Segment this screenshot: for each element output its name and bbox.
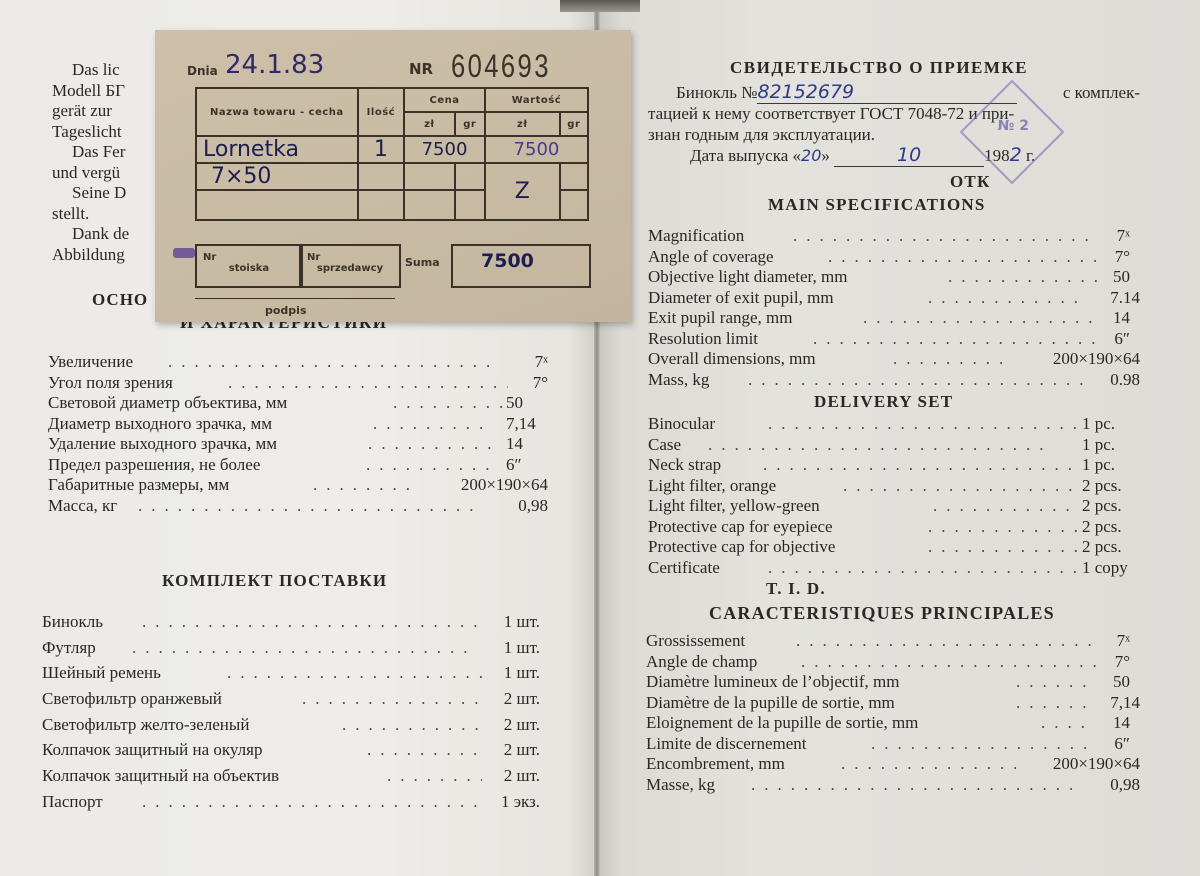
spec-row: Предел разрешения, не более.............… bbox=[48, 455, 548, 476]
sales-receipt: Dnia 24.1.83 NR 604693 Nazwa towaru - ce… bbox=[155, 30, 631, 322]
spec-row: Encombrement, mm........................… bbox=[646, 754, 1140, 775]
english-delivery-list: Binocular..........................1 pc.… bbox=[648, 414, 1140, 578]
sub-header-zl: zł bbox=[485, 112, 560, 136]
spec-row: Overall dimensions, mm..........200×190×… bbox=[648, 349, 1140, 370]
german-intro-text: Das lic Modell БГ gerät zur Tageslicht D… bbox=[52, 60, 129, 265]
heading-main-specifications: MAIN SPECIFICATIONS bbox=[768, 195, 986, 215]
delivery-row: Light filter, yellow-green..............… bbox=[648, 496, 1140, 517]
tid-label: T. I. D. bbox=[766, 579, 826, 599]
stall-number-box: Nr stoiska bbox=[195, 244, 303, 288]
spec-row: Grossissement..........................7… bbox=[646, 631, 1140, 652]
heading-caracteristiques: CARACTERISTIQUES PRINCIPALES bbox=[709, 603, 1055, 624]
text-line: Das Fer bbox=[52, 142, 129, 163]
otk-label: ОТК bbox=[950, 172, 991, 192]
spec-row: Angle de champ..........................… bbox=[646, 652, 1140, 673]
delivery-row: Neck strap..........................1 pc… bbox=[648, 455, 1140, 476]
french-specs-list: Grossissement..........................7… bbox=[646, 631, 1140, 795]
spec-row: Diamètre lumineux de l’objectif, mm.....… bbox=[646, 672, 1140, 693]
issue-day: 20 bbox=[801, 146, 821, 165]
spec-row: Габаритные размеры, мм.........200×190×6… bbox=[48, 475, 548, 496]
delivery-row: Колпачок защитный на объектив...........… bbox=[42, 763, 540, 789]
receipt-nr-label: NR bbox=[409, 60, 433, 78]
sum-label: Suma bbox=[405, 256, 440, 269]
seller-number-box: Nr sprzedawcy bbox=[299, 244, 401, 288]
receipt-number: 604693 bbox=[451, 48, 551, 85]
heading-delivery-set-ru: КОМПЛЕКТ ПОСТАВКИ bbox=[162, 571, 387, 591]
certificate-body: Бинокль №82152679 с комплек- тацией к не… bbox=[648, 82, 1140, 166]
receipt-footer: Nr stoiska Nr sprzedawcy Suma 7500 bbox=[195, 244, 589, 284]
text-line: Seine D bbox=[52, 183, 129, 204]
col-header-value: Wartość bbox=[485, 88, 588, 112]
receipt-table: Nazwa towaru - cecha Ilość Cena Wartość … bbox=[195, 87, 589, 221]
receipt-date-handwritten: 24.1.83 bbox=[225, 50, 324, 80]
serial-number: 82152679 bbox=[757, 82, 1017, 104]
english-specs-list: Magnification..........................7… bbox=[648, 226, 1140, 390]
heading-delivery-set: DELIVERY SET bbox=[814, 392, 953, 412]
delivery-row: Футляр..........................1 шт. bbox=[42, 635, 540, 661]
issue-month: 10 bbox=[834, 145, 984, 167]
spec-row: Световой диаметр объектива, мм..........… bbox=[48, 393, 548, 414]
text-line: stellt. bbox=[52, 204, 129, 225]
delivery-row: Шейный ремень..........................1… bbox=[42, 660, 540, 686]
delivery-row: Binocular..........................1 pc. bbox=[648, 414, 1140, 435]
spec-row: Диаметр выходного зрачка, мм............… bbox=[48, 414, 548, 435]
spec-row: Eloignement de la pupille de sortie, mm.… bbox=[646, 713, 1140, 734]
sub-header-gr: gr bbox=[455, 112, 485, 136]
spec-row: Masse, kg..........................0,98 bbox=[646, 775, 1140, 796]
delivery-row: Колпачок защитный на окуляр.............… bbox=[42, 737, 540, 763]
item-name: Lornetka bbox=[196, 136, 358, 163]
spec-row: Удаление выходного зрачка, мм...........… bbox=[48, 434, 548, 455]
russian-specs-list: Увеличение..........................7ˣ У… bbox=[48, 352, 548, 516]
col-header-qty: Ilość bbox=[358, 88, 404, 136]
text-line: und vergü bbox=[52, 163, 129, 184]
spec-row: Limite de discernement..................… bbox=[646, 734, 1140, 755]
spec-row: Diamètre de la pupille de sortie, mm....… bbox=[646, 693, 1140, 714]
spec-row: Exit pupil range, mm....................… bbox=[648, 308, 1140, 329]
text-line: gerät zur bbox=[52, 101, 129, 122]
sum-box: 7500 bbox=[451, 244, 591, 288]
signature-line bbox=[195, 298, 395, 299]
spec-row: Objective light diameter, mm............… bbox=[648, 267, 1140, 288]
spec-row: Diameter of exit pupil, mm.............7… bbox=[648, 288, 1140, 309]
delivery-row: Protective cap for eyepiece.............… bbox=[648, 517, 1140, 538]
signature-label: podpis bbox=[265, 304, 307, 317]
delivery-row: Светофильтр оранжевый...................… bbox=[42, 686, 540, 712]
col-header-price: Cena bbox=[404, 88, 485, 112]
item-value: 7500 bbox=[485, 136, 588, 163]
spec-row: Resolution limit........................… bbox=[648, 329, 1140, 350]
delivery-row: Protective cap for objective............… bbox=[648, 537, 1140, 558]
russian-delivery-list: Бинокль..........................1 шт. Ф… bbox=[42, 609, 540, 815]
spec-row: Угол поля зрения........................… bbox=[48, 373, 548, 394]
receipt-date-label: Dnia bbox=[187, 64, 218, 78]
strike-z: Z bbox=[485, 163, 560, 220]
spec-row: Mass, kg..........................0.98 bbox=[648, 370, 1140, 391]
certificate-title: СВИДЕТЕЛЬСТВО О ПРИЕМКЕ bbox=[730, 58, 1028, 78]
ink-mark bbox=[173, 248, 195, 258]
heading-partial: ОСНО bbox=[92, 290, 148, 310]
delivery-row: Light filter, orange....................… bbox=[648, 476, 1140, 497]
text-line: Dank de bbox=[52, 224, 129, 245]
spec-row: Масса, кг..........................0,98 bbox=[48, 496, 548, 517]
sub-header-zl: zł bbox=[404, 112, 455, 136]
delivery-row: Case..........................1 pc. bbox=[648, 435, 1140, 456]
spec-row: Angle of coverage.......................… bbox=[648, 247, 1140, 268]
item-price: 7500 bbox=[404, 136, 485, 163]
text-line: Tageslicht bbox=[52, 122, 129, 143]
text-line: Abbildung bbox=[52, 245, 129, 266]
spec-row: Увеличение..........................7ˣ bbox=[48, 352, 548, 373]
delivery-row: Certificate..........................1 c… bbox=[648, 558, 1140, 579]
spec-row: Magnification..........................7… bbox=[648, 226, 1140, 247]
col-header-name: Nazwa towaru - cecha bbox=[196, 88, 358, 136]
sub-header-gr: gr bbox=[560, 112, 588, 136]
text-line: Das lic bbox=[52, 60, 129, 81]
delivery-row: Паспорт..........................1 экз. bbox=[42, 789, 540, 815]
item-model: 7×50 bbox=[196, 163, 358, 190]
delivery-row: Бинокль..........................1 шт. bbox=[42, 609, 540, 635]
text-line: Modell БГ bbox=[52, 81, 129, 102]
item-qty: 1 bbox=[358, 136, 404, 163]
background-shadow bbox=[560, 0, 640, 12]
delivery-row: Светофильтр желто-зеленый...............… bbox=[42, 712, 540, 738]
